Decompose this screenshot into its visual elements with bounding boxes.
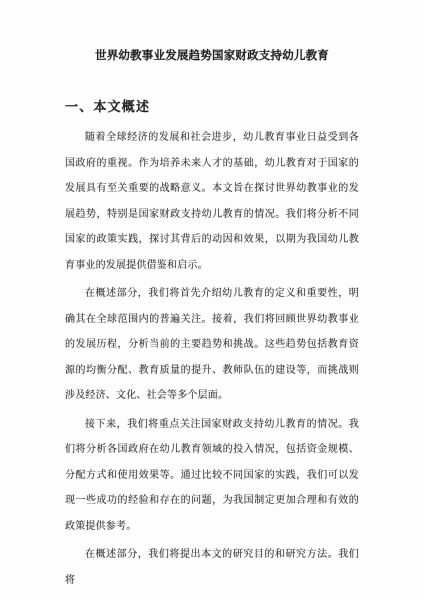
section-heading: 一、本文概述 (65, 96, 424, 115)
paragraph-3: 接下来，我们将重点关注国家财政支持幼儿教育的情况。我们将分析各国政府在幼儿教育领… (65, 412, 359, 540)
document-body: 随着全球经济的发展和社会进步，幼儿教育事业日益受到各国政府的重视。作为培养未来人… (65, 125, 359, 593)
paragraph-4: 在概述部分，我们将提出本文的研究目的和研究方法。我们将 (65, 542, 359, 593)
document-page: 世界幼教事业发展趋势国家财政支持幼儿教育 一、本文概述 随着全球经济的发展和社会… (0, 0, 424, 600)
paragraph-1: 随着全球经济的发展和社会进步，幼儿教育事业日益受到各国政府的重视。作为培养未来人… (65, 125, 359, 278)
paragraph-2: 在概述部分，我们将首先介绍幼儿教育的定义和重要性，明确其在全球范围内的普遍关注。… (65, 281, 359, 409)
document-title: 世界幼教事业发展趋势国家财政支持幼儿教育 (0, 47, 424, 63)
